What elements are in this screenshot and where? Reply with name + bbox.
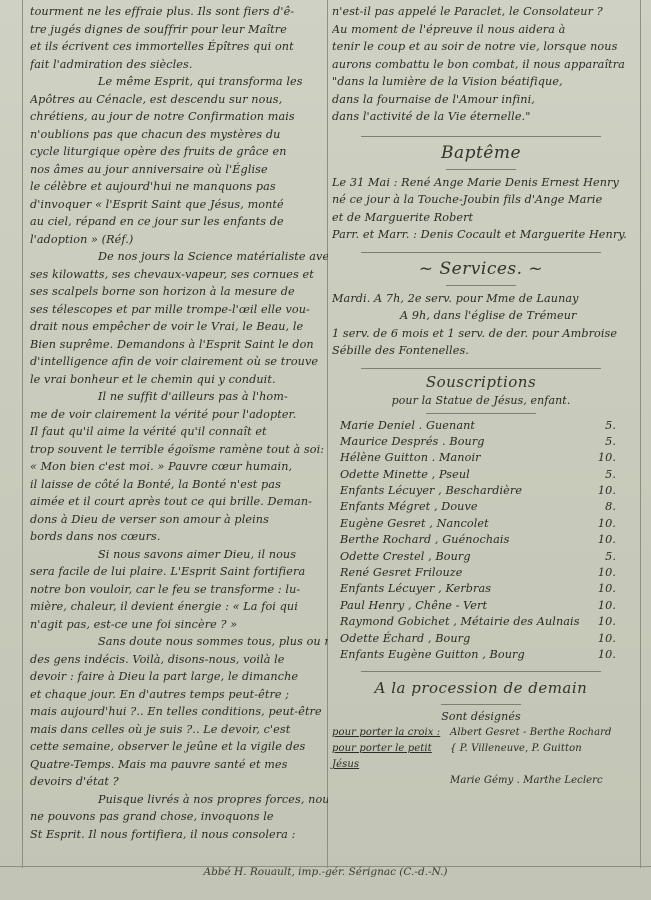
left-margin-rule xyxy=(22,0,23,868)
text-line: n'oublions pas que chacun des mystères d… xyxy=(30,126,328,144)
text-line: ne pouvons pas grand chose, invoquons le xyxy=(30,808,328,826)
text-line: aimée et il court après tout ce qui bril… xyxy=(30,493,328,511)
text-line: d'intelligence afin de voir clairement o… xyxy=(30,353,328,371)
designation-role: pour porter la croix : xyxy=(332,725,450,741)
subscription-amount: 8. xyxy=(605,499,616,515)
text-line: le vrai bonheur et le chemin qui y condu… xyxy=(30,371,328,389)
text-line: l'adoption » (Réf.) xyxy=(30,231,328,249)
subscriber-name: Hélène Guitton . Manoir xyxy=(340,450,481,466)
services-entries: Mardi. A 7h, 2e serv. pour Mme de Launay… xyxy=(332,290,630,360)
subscriber-name: René Gesret Frilouze xyxy=(340,565,462,581)
text-line: Le 31 Mai : René Ange Marie Denis Ernest… xyxy=(332,174,630,192)
text-line: Mardi. A 7h, 2e serv. pour Mme de Launay xyxy=(332,290,630,308)
printer-imprint: Abbé H. Rouault, imp.-gér. Sérignac (C.-… xyxy=(0,866,651,878)
text-line: Il ne suffit d'ailleurs pas à l'hom- xyxy=(30,388,328,406)
text-line: tourment ne les effraie plus. Ils sont f… xyxy=(30,3,328,21)
text-line: et chaque jour. En d'autres temps peut-ê… xyxy=(30,686,328,704)
subscription-row: René Gesret Frilouze10. xyxy=(332,565,630,581)
text-line: tre jugés dignes de souffrir pour leur M… xyxy=(30,21,328,39)
bapteme-title: Baptême xyxy=(332,141,630,165)
text-line: ses scalpels borne son horizon à la mesu… xyxy=(30,283,328,301)
subscriber-name: Enfants Eugène Guitton , Bourg xyxy=(340,647,525,663)
text-line: Sans doute nous sommes tous, plus ou moi… xyxy=(30,633,328,651)
subscription-row: Odette Échard , Bourg10. xyxy=(332,631,630,647)
text-line: il laisse de côté la Bonté, la Bonté n'e… xyxy=(30,476,328,494)
subscription-row: Maurice Després . Bourg5. xyxy=(332,434,630,450)
right-margin-rule xyxy=(640,0,641,868)
text-line: fait l'admiration des siècles. xyxy=(30,56,328,74)
text-line: Bien suprême. Demandons à l'Esprit Saint… xyxy=(30,336,328,354)
text-line: au ciel, répand en ce jour sur les enfan… xyxy=(30,213,328,231)
left-column-text: tourment ne les effraie plus. Ils sont f… xyxy=(30,3,328,843)
text-line: St Esprit. Il nous fortifiera, il nous c… xyxy=(30,826,328,844)
designation-row: pour porter la croix :Albert Gesret - Be… xyxy=(332,725,630,741)
text-line: et ils écrivent ces immortelles Épîtres … xyxy=(30,38,328,56)
text-line: dans la fournaise de l'Amour infini, xyxy=(332,91,630,109)
subscription-amount: 5. xyxy=(605,549,616,565)
services-title: ~ Services. ~ xyxy=(332,257,630,281)
text-line: sera facile de lui plaire. L'Esprit Sain… xyxy=(30,563,328,581)
text-line: dons à Dieu de verser son amour à pleins xyxy=(30,511,328,529)
subscriber-name: Berthe Rochard , Guénochais xyxy=(340,532,509,548)
text-line: Sébille des Fontenelles. xyxy=(332,342,630,360)
subscription-amount: 10. xyxy=(598,516,616,532)
bulletin-page: tourment ne les effraie plus. Ils sont f… xyxy=(0,0,651,900)
designated-names: Albert Gesret - Berthe Rochard xyxy=(450,725,612,741)
text-line: Parr. et Marr. : Denis Cocault et Margue… xyxy=(332,226,630,244)
subscriber-name: Odette Minette , Pseul xyxy=(340,467,470,483)
section-divider xyxy=(426,413,536,414)
text-line: mière, chaleur, il devient énergie : « L… xyxy=(30,598,328,616)
subscription-amount: 5. xyxy=(605,418,616,434)
procession-subtitle: Sont désignés xyxy=(332,709,630,725)
subscription-row: Marie Deniel . Guenant5. xyxy=(332,418,630,434)
subscription-amount: 10. xyxy=(598,614,616,630)
subscription-amount: 10. xyxy=(598,581,616,597)
subscriber-name: Eugène Gesret , Nancolet xyxy=(340,516,489,532)
text-line: tenir le coup et au soir de notre vie, l… xyxy=(332,38,630,56)
text-line: et de Marguerite Robert xyxy=(332,209,630,227)
text-line: Quatre-Temps. Mais ma pauvre santé et me… xyxy=(30,756,328,774)
designation-role xyxy=(332,773,450,789)
text-line: De nos jours la Science matérialiste ave… xyxy=(30,248,328,266)
text-line: Apôtres au Cénacle, est descendu sur nou… xyxy=(30,91,328,109)
section-divider xyxy=(361,671,601,672)
text-line: Au moment de l'épreuve il nous aidera à xyxy=(332,21,630,39)
text-line: devoir : faire à Dieu la part large, le … xyxy=(30,668,328,686)
designation-role: pour porter le petit Jésus xyxy=(332,741,450,773)
section-divider xyxy=(361,252,601,253)
text-line: me de voir clairement la vérité pour l'a… xyxy=(30,406,328,424)
subscriber-name: Enfants Lécuyer , Beschardière xyxy=(340,483,522,499)
designation-row: pour porter le petit Jésus{ P. Villeneuv… xyxy=(332,741,630,773)
procession-assignments: pour porter la croix :Albert Gesret - Be… xyxy=(332,725,630,789)
text-line: « Mon bien c'est moi. » Pauvre cœur huma… xyxy=(30,458,328,476)
subscriber-name: Odette Échard , Bourg xyxy=(340,631,470,647)
subscription-row: Hélène Guitton . Manoir10. xyxy=(332,450,630,466)
section-divider xyxy=(446,285,516,286)
designated-names: Marie Gémy . Marthe Leclerc xyxy=(450,773,603,789)
subscriber-name: Enfants Lécuyer , Kerbras xyxy=(340,581,491,597)
section-divider xyxy=(441,704,521,705)
section-divider xyxy=(361,368,601,369)
text-line: trop souvent le terrible égoïsme ramène … xyxy=(30,441,328,459)
subscription-row: Paul Henry , Chêne - Vert10. xyxy=(332,598,630,614)
text-line: le célèbre et aujourd'hui ne manquons pa… xyxy=(30,178,328,196)
text-line: cycle liturgique opère des fruits de grâ… xyxy=(30,143,328,161)
text-line: ses télescopes et par mille trompe-l'œil… xyxy=(30,301,328,319)
text-line: A 9h, dans l'église de Trémeur xyxy=(332,307,630,325)
subscription-row: Raymond Gobichet , Métairie des Aulnais1… xyxy=(332,614,630,630)
text-line: mais dans celles où je suis ?.. Le devoi… xyxy=(30,721,328,739)
text-line: d'invoquer « l'Esprit Saint que Jésus, m… xyxy=(30,196,328,214)
subscription-amount: 5. xyxy=(605,434,616,450)
designation-row: Marie Gémy . Marthe Leclerc xyxy=(332,773,630,789)
intro-paragraph: n'est-il pas appelé le Paraclet, le Cons… xyxy=(332,3,630,126)
text-line: devoirs d'état ? xyxy=(30,773,328,791)
section-divider xyxy=(446,169,516,170)
text-line: cette semaine, observer le jeûne et la v… xyxy=(30,738,328,756)
text-line: "dans la lumière de la Vision béatifique… xyxy=(332,73,630,91)
text-line: notre bon vouloir, car le feu se transfo… xyxy=(30,581,328,599)
text-line: né ce jour à la Touche-Joubin fils d'Ang… xyxy=(332,191,630,209)
text-line: Il faut qu'il aime la vérité qu'il conna… xyxy=(30,423,328,441)
souscriptions-subtitle: pour la Statue de Jésus, enfant. xyxy=(332,393,630,409)
bapteme-entry: Le 31 Mai : René Ange Marie Denis Ernest… xyxy=(332,174,630,244)
subscription-row: Berthe Rochard , Guénochais10. xyxy=(332,532,630,548)
subscriber-name: Marie Deniel . Guenant xyxy=(340,418,475,434)
subscription-amount: 10. xyxy=(598,631,616,647)
text-line: des gens indécis. Voilà, disons-nous, vo… xyxy=(30,651,328,669)
subscriber-name: Maurice Després . Bourg xyxy=(340,434,485,450)
subscription-row: Odette Minette , Pseul5. xyxy=(332,467,630,483)
subscription-row: Odette Crestel , Bourg5. xyxy=(332,549,630,565)
subscription-row: Enfants Eugène Guitton , Bourg10. xyxy=(332,647,630,663)
souscriptions-title: Souscriptions xyxy=(332,373,630,391)
text-line: Puisque livrés à nos propres forces, nou… xyxy=(30,791,328,809)
subscriber-name: Raymond Gobichet , Métairie des Aulnais xyxy=(340,614,580,630)
subscription-amount: 10. xyxy=(598,598,616,614)
subscription-row: Enfants Mégret , Douve8. xyxy=(332,499,630,515)
text-line: ses kilowatts, ses chevaux-vapeur, ses c… xyxy=(30,266,328,284)
subscription-amount: 10. xyxy=(598,483,616,499)
text-line: Le même Esprit, qui transforma les xyxy=(30,73,328,91)
text-line: chrétiens, au jour de notre Confirmation… xyxy=(30,108,328,126)
subscriber-name: Odette Crestel , Bourg xyxy=(340,549,471,565)
text-line: 1 serv. de 6 mois et 1 serv. de der. pou… xyxy=(332,325,630,343)
procession-title: A la procession de demain xyxy=(332,676,630,700)
text-line: n'est-il pas appelé le Paraclet, le Cons… xyxy=(332,3,630,21)
text-line: mais aujourd'hui ?.. En telles condition… xyxy=(30,703,328,721)
subscription-amount: 10. xyxy=(598,532,616,548)
text-line: nos âmes au jour anniversaire où l'Églis… xyxy=(30,161,328,179)
subscriber-name: Enfants Mégret , Douve xyxy=(340,499,478,515)
subscription-row: Eugène Gesret , Nancolet10. xyxy=(332,516,630,532)
subscriber-name: Paul Henry , Chêne - Vert xyxy=(340,598,487,614)
subscriptions-list: Marie Deniel . Guenant5.Maurice Després … xyxy=(332,418,630,664)
text-line: drait nous empêcher de voir le Vrai, le … xyxy=(30,318,328,336)
subscription-amount: 10. xyxy=(598,450,616,466)
text-line: bords dans nos cœurs. xyxy=(30,528,328,546)
designated-names: { P. Villeneuve, P. Guitton xyxy=(450,741,582,773)
subscription-amount: 10. xyxy=(598,565,616,581)
text-line: dans l'activité de la Vie éternelle." xyxy=(332,108,630,126)
subscription-row: Enfants Lécuyer , Beschardière10. xyxy=(332,483,630,499)
text-line: Si nous savons aimer Dieu, il nous xyxy=(30,546,328,564)
text-line: n'agit pas, est-ce une foi sincère ? » xyxy=(30,616,328,634)
right-column: n'est-il pas appelé le Paraclet, le Cons… xyxy=(332,3,630,789)
subscription-amount: 5. xyxy=(605,467,616,483)
section-divider xyxy=(361,136,601,137)
subscription-amount: 10. xyxy=(598,647,616,663)
text-line: aurons combattu le bon combat, il nous a… xyxy=(332,56,630,74)
subscription-row: Enfants Lécuyer , Kerbras10. xyxy=(332,581,630,597)
